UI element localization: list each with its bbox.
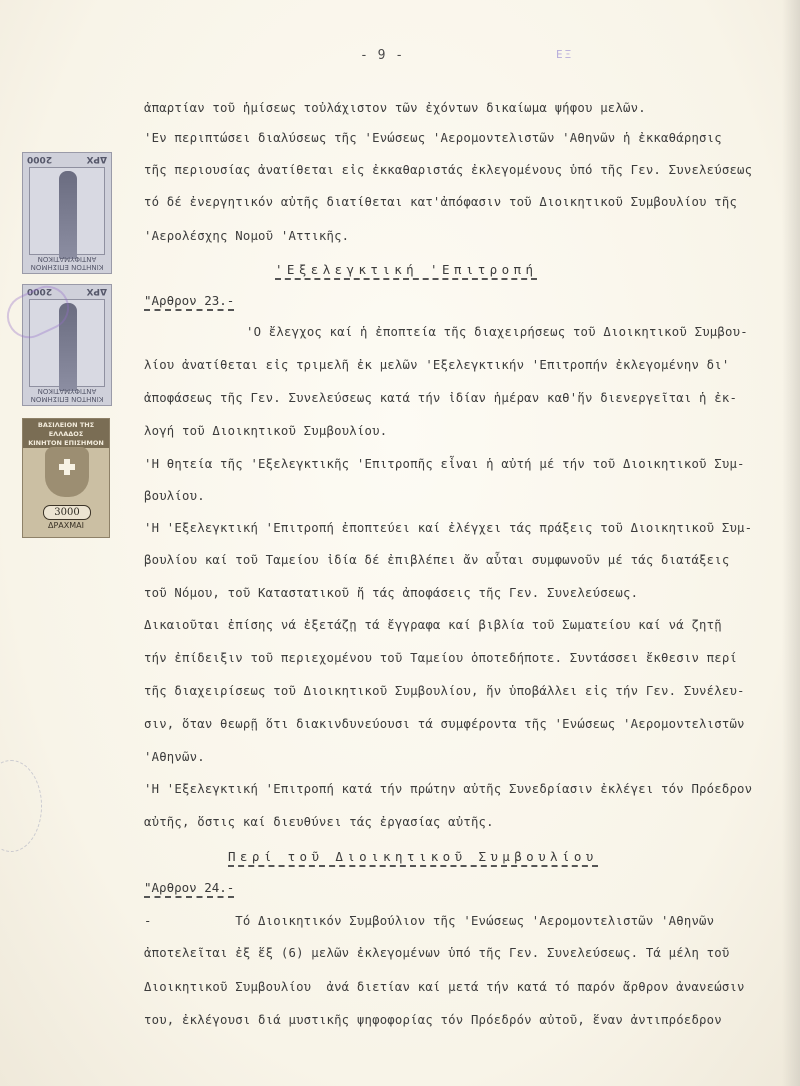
text-line: 'Η 'Εξελεγκτική 'Επιτροπή κατά τήν πρώτη…	[144, 782, 752, 796]
stamp-value-number: 2000	[27, 154, 52, 164]
stamp-header-line-1: ΒΑΣΙΛΕΙΟΝ ΤΗΣ ΕΛΛΑΔΟΣ	[23, 421, 109, 439]
text-line: ἀπαρτίαν τοῦ ἡμίσεως τοὐλάχιστον τῶν ἐχό…	[144, 101, 646, 115]
article-24-title: "Αρθρον 24.-	[144, 880, 234, 898]
text-line: 'Εν περιπτώσει διαλύσεως τῆς 'Ενώσεως 'Α…	[144, 131, 722, 145]
text-line: τήν ἐπίδειξιν τοῦ περιεχομένου τοῦ Ταμεί…	[144, 651, 737, 665]
text-line: βουλίου καί τοῦ Ταμείου ἰδία δέ ἐπιβλέπε…	[144, 553, 729, 567]
article-23-title: "Αρθρον 23.-	[144, 293, 234, 311]
stamp-header: ΒΑΣΙΛΕΙΟΝ ΤΗΣ ΕΛΛΑΔΟΣ ΚΙΝΗΤΟΝ ΕΠΙΣΗΜΟΝ	[23, 419, 109, 448]
stamp-unit: ΔΡΑΧΜΑΙ	[23, 521, 109, 530]
stamp-value: 3000	[43, 505, 91, 520]
section-heading-audit-committee: 'Εξελεγκτική 'Επιτροπή	[275, 262, 537, 280]
text-line: σιν, ὅταν θεωρῇ ὅτι διακινδυνεύουσι τά σ…	[144, 717, 745, 731]
text-line: 'Ο ἔλεγχος καί ἡ ἐποπτεία τῆς διαχειρήσε…	[246, 325, 748, 339]
text-line: - Τό Διοικητικόν Συμβούλιον τῆς 'Ενώσεως…	[144, 914, 714, 928]
text-line: τό δέ ἐνεργητικόν αὐτῆς διατίθεται κατ'ἀ…	[144, 195, 737, 209]
text-line: λογή τοῦ Διοικητικοῦ Συμβουλίου.	[144, 424, 387, 438]
text-line: του, ἐκλέγουσι διά μυστικῆς ψηφοφορίας τ…	[144, 1013, 722, 1027]
text-line: 'Αθηνῶν.	[144, 750, 205, 764]
page-edge-shadow	[782, 0, 800, 1086]
text-line: Διοικητικοῦ Συμβουλίου ἀνά διετίαν καί μ…	[144, 980, 745, 994]
stamp-caption: ΚΙΝΗΤΟΝ ΕΠΙΣΗΜΟΝ ΑΝΤΙΦΥΜΑΤΙΚΟΝ	[27, 255, 107, 271]
marginal-stamp-mark: ΕΞ	[556, 48, 573, 61]
text-line: Δικαιοῦται ἐπίσης νά ἐξετάζῃ τά ἔγγραφα …	[144, 618, 722, 632]
text-line: αὐτῆς, ὅστις καί διευθύνει τάς ἐργασίας …	[144, 815, 494, 829]
section-heading-board-of-directors: Περί τοῦ Διοικητικοῦ Συμβουλίου	[228, 849, 598, 867]
revenue-stamp-grey-1: ΔΡΧ2000 ΚΙΝΗΤΟΝ ΕΠΙΣΗΜΟΝ ΑΝΤΙΦΥΜΑΤΙΚΟΝ	[22, 152, 112, 274]
document-page: - 9 - ΕΞ ΔΡΧ2000 ΚΙΝΗΤΟΝ ΕΠΙΣΗΜΟΝ ΑΝΤΙΦΥ…	[0, 0, 800, 1086]
cross-icon	[59, 459, 75, 475]
text-line: 'Η 'Εξελεγκτική 'Επιτροπή ἐποπτεύει καί …	[144, 521, 752, 535]
page-number: - 9 -	[360, 48, 404, 63]
text-line: λίου ἀνατίθεται εἰς τριμελῆ ἐκ μελῶν 'Εξ…	[144, 358, 729, 372]
text-line: 'Η θητεία τῆς 'Εξελεγκτικῆς 'Επιτροπῆς ε…	[144, 457, 745, 471]
text-line: βουλίου.	[144, 489, 205, 503]
text-line: 'Αερολέσχης Νομοῦ 'Αττικῆς.	[144, 229, 349, 243]
text-line: τοῦ Νόμου, τοῦ Καταστατικοῦ ἤ τάς ἀποφάσ…	[144, 586, 638, 600]
revenue-stamp-brown: ΒΑΣΙΛΕΙΟΝ ΤΗΣ ΕΛΛΑΔΟΣ ΚΙΝΗΤΟΝ ΕΠΙΣΗΜΟΝ 3…	[22, 418, 110, 538]
stamp-figure-icon	[59, 171, 77, 259]
stamp-caption: ΚΙΝΗΤΟΝ ΕΠΙΣΗΜΟΝ ΑΝΤΙΦΥΜΑΤΙΚΟΝ	[27, 387, 107, 403]
stamp-value-label: ΔΡΧ	[86, 286, 107, 296]
faded-circular-stamp	[0, 760, 42, 852]
text-line: τῆς περιουσίας ἀνατίθεται εἰς ἐκκαθαριστ…	[144, 163, 752, 177]
text-line: τῆς διαχειρίσεως τοῦ Διοικητικοῦ Συμβουλ…	[144, 684, 745, 698]
stamp-value-label: ΔΡΧ	[86, 154, 107, 164]
text-line: ἀποτελεῖται ἐξ ἕξ (6) μελῶν ἐκλεγομένων …	[144, 946, 729, 960]
text-line: ἀποφάσεως τῆς Γεν. Συνελεύσεως κατά τήν …	[144, 391, 737, 405]
